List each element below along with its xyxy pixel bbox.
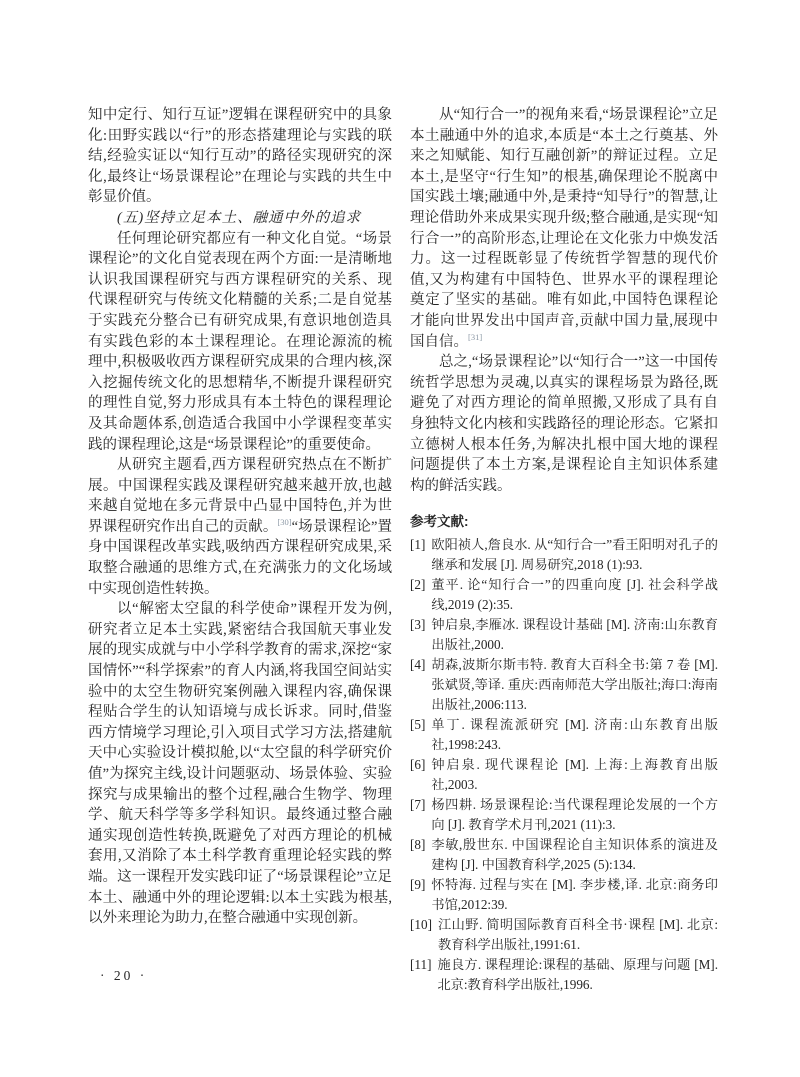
reference-label: [6] [410,755,425,795]
body-paragraph: 以“解密太空鼠的科学使命”课程开发为例,研究者立足本土实践,紧密结合我国航天事业… [88,599,392,929]
right-column-body: 从“知行合一”的视角来看,“场景课程论”立足本土融通中外的追求,本质是“本土之行… [410,105,718,496]
reference-item: [10]江山野. 简明国际教育百科全书·课程 [M]. 北京:教育科学出版社,1… [410,915,718,955]
text-run: 总之,“场景课程论”以“知行合一”这一中国传统哲学思想为灵魂,以真实的课程场景为… [410,354,718,494]
references-section: 参考文献: [1]欧阳祯人,詹良水. 从“知行合一”看王阳明对孔子的继承和发展 … [410,511,718,995]
reference-item: [11]施良方. 课程理论:课程的基础、原理与问题 [M]. 北京:教育科学出版… [410,955,718,995]
text-run: 知中定行、知行互证”逻辑在课程研究中的具象化:田野实践以“行”的形态搭建理论与实… [88,107,392,205]
reference-text: 李敏,殷世东. 中国课程论自主知识体系的演进及建构 [J]. 中国教育科学,20… [431,835,718,875]
reference-text: 江山野. 简明国际教育百科全书·课程 [M]. 北京:教育科学出版社,1991:… [438,915,718,955]
body-paragraph: 知中定行、知行互证”逻辑在课程研究中的具象化:田野实践以“行”的形态搭建理论与实… [88,105,392,208]
reference-label: [1] [410,535,425,575]
left-column: 知中定行、知行互证”逻辑在课程研究中的具象化:田野实践以“行”的形态搭建理论与实… [88,105,392,929]
reference-label: [8] [410,835,425,875]
page-number: · 20 · [100,968,147,984]
reference-label: [10] [410,915,432,955]
reference-item: [7]杨四耕. 场景课程论:当代课程理论发展的一个方向 [J]. 教育学术月刊,… [410,795,718,835]
reference-text: 欧阳祯人,詹良水. 从“知行合一”看王阳明对孔子的继承和发展 [J]. 周易研究… [431,535,718,575]
reference-label: [11] [410,955,431,995]
reference-label: [9] [410,875,425,915]
journal-page: 知中定行、知行互证”逻辑在课程研究中的具象化:田野实践以“行”的形态搭建理论与实… [0,0,800,1077]
reference-label: [4] [410,655,425,715]
text-run: 以“解密太空鼠的科学使命”课程开发为例,研究者立足本土实践,紧密结合我国航天事业… [88,601,392,926]
reference-item: [6]钟启泉. 现代课程论 [M]. 上海:上海教育出版社,2003. [410,755,718,795]
reference-item: [5]单丁. 课程流派研究 [M]. 济南:山东教育出版社,1998:243. [410,715,718,755]
section-heading: (五)坚持立足本土、融通中外的追求 [88,208,392,229]
citation-marker: [31] [468,332,482,342]
body-paragraph: 总之,“场景课程论”以“知行合一”这一中国传统哲学思想为灵魂,以真实的课程场景为… [410,352,718,496]
reference-item: [1]欧阳祯人,詹良水. 从“知行合一”看王阳明对孔子的继承和发展 [J]. 周… [410,535,718,575]
body-paragraph: 任何理论研究都应有一种文化自觉。“场景课程论”的文化自觉表现在两个方面:一是清晰… [88,229,392,456]
reference-text: 单丁. 课程流派研究 [M]. 济南:山东教育出版社,1998:243. [431,715,718,755]
text-run: 任何理论研究都应有一种文化自觉。“场景课程论”的文化自觉表现在两个方面:一是清晰… [88,231,392,453]
reference-label: [5] [410,715,425,755]
reference-text: 胡森,波斯尔斯韦特. 教育大百科全书:第 7 卷 [M]. 张斌贤,等译. 重庆… [431,655,718,715]
reference-text: 施良方. 课程理论:课程的基础、原理与问题 [M]. 北京:教育科学出版社,19… [437,955,718,995]
reference-list: [1]欧阳祯人,詹良水. 从“知行合一”看王阳明对孔子的继承和发展 [J]. 周… [410,535,718,995]
text-run: 从“知行合一”的视角来看,“场景课程论”立足本土融通中外的追求,本质是“本土之行… [410,107,718,350]
reference-label: [7] [410,795,425,835]
reference-item: [2]董平. 论“知行合一”的四重向度 [J]. 社会科学战线,2019 (2)… [410,575,718,615]
right-column: 从“知行合一”的视角来看,“场景课程论”立足本土融通中外的追求,本质是“本土之行… [410,105,718,995]
citation-marker: [30] [277,517,291,527]
text-run: (五)坚持立足本土、融通中外的追求 [117,210,361,226]
reference-text: 钟启泉,李雁冰. 课程设计基础 [M]. 济南:山东教育出版社,2000. [431,615,718,655]
body-paragraph: 从“知行合一”的视角来看,“场景课程论”立足本土融通中外的追求,本质是“本土之行… [410,105,718,352]
reference-text: 怀特海. 过程与实在 [M]. 李步楼,译. 北京:商务印书馆,2012:39. [431,875,718,915]
reference-label: [2] [410,575,425,615]
body-paragraph: 从研究主题看,西方课程研究热点在不断扩展。中国课程实践及课程研究越来越开放,也越… [88,455,392,599]
reference-text: 钟启泉. 现代课程论 [M]. 上海:上海教育出版社,2003. [431,755,718,795]
reference-text: 杨四耕. 场景课程论:当代课程理论发展的一个方向 [J]. 教育学术月刊,202… [431,795,718,835]
reference-text: 董平. 论“知行合一”的四重向度 [J]. 社会科学战线,2019 (2):35… [431,575,718,615]
reference-item: [3]钟启泉,李雁冰. 课程设计基础 [M]. 济南:山东教育出版社,2000. [410,615,718,655]
reference-item: [9]怀特海. 过程与实在 [M]. 李步楼,译. 北京:商务印书馆,2012:… [410,875,718,915]
reference-item: [8]李敏,殷世东. 中国课程论自主知识体系的演进及建构 [J]. 中国教育科学… [410,835,718,875]
references-title: 参考文献: [410,511,718,532]
reference-item: [4]胡森,波斯尔斯韦特. 教育大百科全书:第 7 卷 [M]. 张斌贤,等译.… [410,655,718,715]
reference-label: [3] [410,615,425,655]
